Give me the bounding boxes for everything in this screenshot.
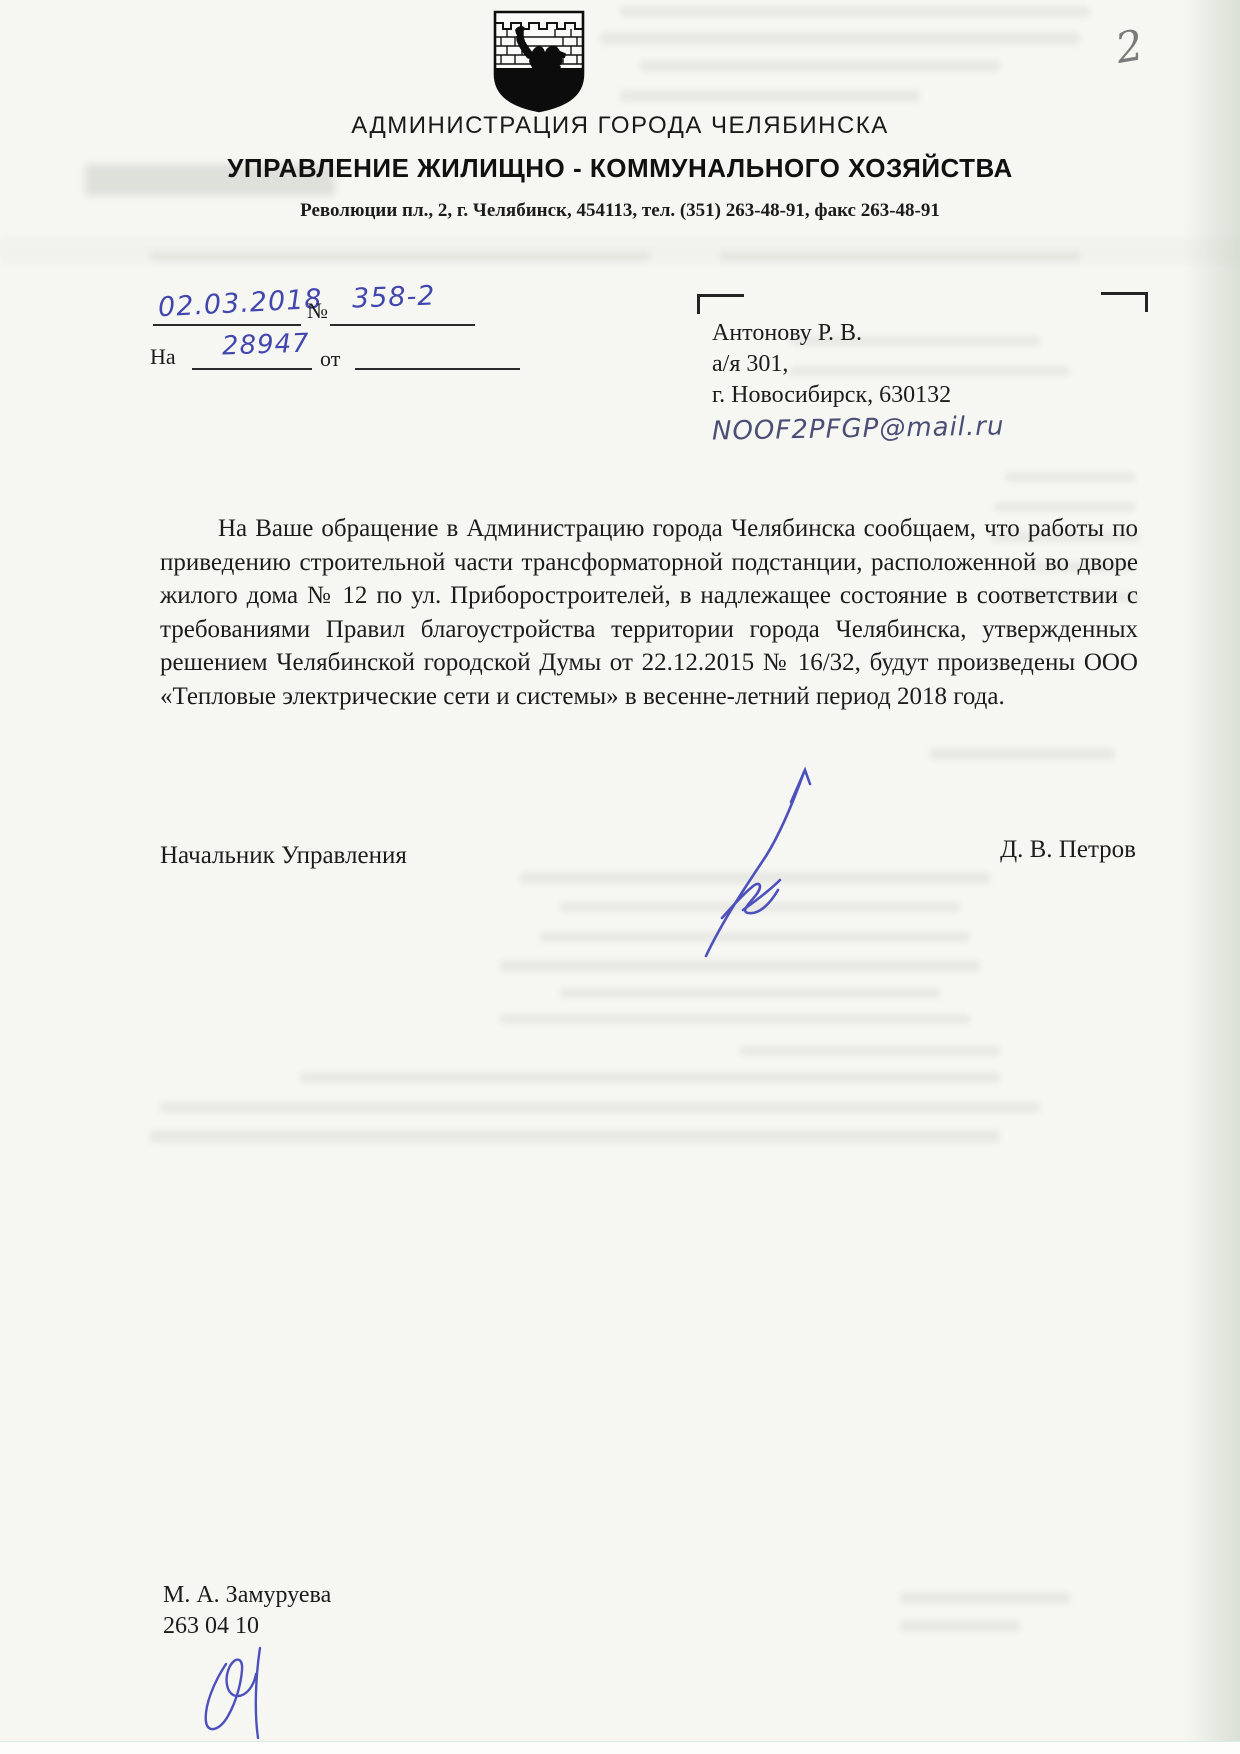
bleed-through-text — [930, 748, 1115, 760]
executor-block: М. А. Замуруева 263 04 10 — [163, 1580, 331, 1642]
incoming-number-underline — [192, 368, 312, 370]
bleed-through-text — [150, 1130, 1000, 1143]
bleed-through-text — [900, 1592, 1070, 1604]
bleed-through-text — [1005, 472, 1135, 482]
letter-body-paragraph: На Ваше обращение в Администрацию города… — [160, 512, 1138, 713]
executor-name: М. А. Замуруева — [163, 1580, 331, 1611]
address-corner-bracket-left — [697, 294, 744, 314]
handwritten-date: 02.03.2018 — [157, 284, 323, 324]
bleed-through-text — [740, 1046, 1000, 1056]
from-underline — [355, 368, 520, 370]
scan-edge-bottom — [0, 1741, 1240, 1754]
bleed-through-text — [900, 1620, 1020, 1632]
number-sign-label: № — [307, 298, 328, 324]
chelyabinsk-coat-of-arms-icon — [488, 8, 590, 119]
contact-line: Революции пл., 2, г. Челябинск, 454113, … — [0, 200, 1240, 222]
department-name: УПРАВЛЕНИЕ ЖИЛИЩНО - КОММУНАЛЬНОГО ХОЗЯЙ… — [0, 153, 1240, 184]
bleed-through-text — [620, 6, 1090, 17]
bleed-through-text — [620, 90, 920, 102]
bleed-through-text — [560, 988, 940, 998]
signer-name: Д. В. Петров — [1000, 836, 1136, 864]
scan-shading — [0, 238, 1240, 264]
bleed-through-text — [600, 32, 1080, 45]
date-underline — [153, 324, 301, 326]
scanned-letter-page: 2 — [0, 0, 1240, 1754]
handwritten-email: NOOF2PFGP@mail.ru — [712, 411, 1005, 447]
outgoing-number-underline — [330, 324, 475, 326]
bleed-through-text — [640, 60, 1000, 72]
handwritten-incoming-number: 28947 — [222, 328, 311, 361]
reply-to-label: На — [150, 344, 176, 370]
handwritten-page-number: 2 — [1112, 20, 1147, 73]
bleed-through-text — [300, 1072, 1000, 1083]
signature-ink-main — [688, 760, 833, 975]
from-label: от — [320, 346, 340, 372]
recipient-name: Антонову Р. В. — [712, 318, 1004, 349]
recipient-po-box: а/я 301, — [712, 349, 1004, 380]
recipient-city-zip: г. Новосибирск, 630132 — [712, 380, 1004, 411]
signature-ink-executor — [196, 1634, 291, 1754]
address-corner-bracket-right — [1101, 292, 1148, 312]
recipient-block: Антонову Р. В. а/я 301, г. Новосибирск, … — [712, 318, 1004, 445]
organization-name: АДМИНИСТРАЦИЯ ГОРОДА ЧЕЛЯБИНСКА — [0, 112, 1240, 140]
bleed-through-text — [995, 502, 1135, 512]
bleed-through-text — [500, 1014, 970, 1024]
bleed-through-text — [160, 1102, 1040, 1113]
handwritten-outgoing-number: 358-2 — [351, 281, 435, 315]
signer-position-title: Начальник Управления — [160, 842, 407, 870]
